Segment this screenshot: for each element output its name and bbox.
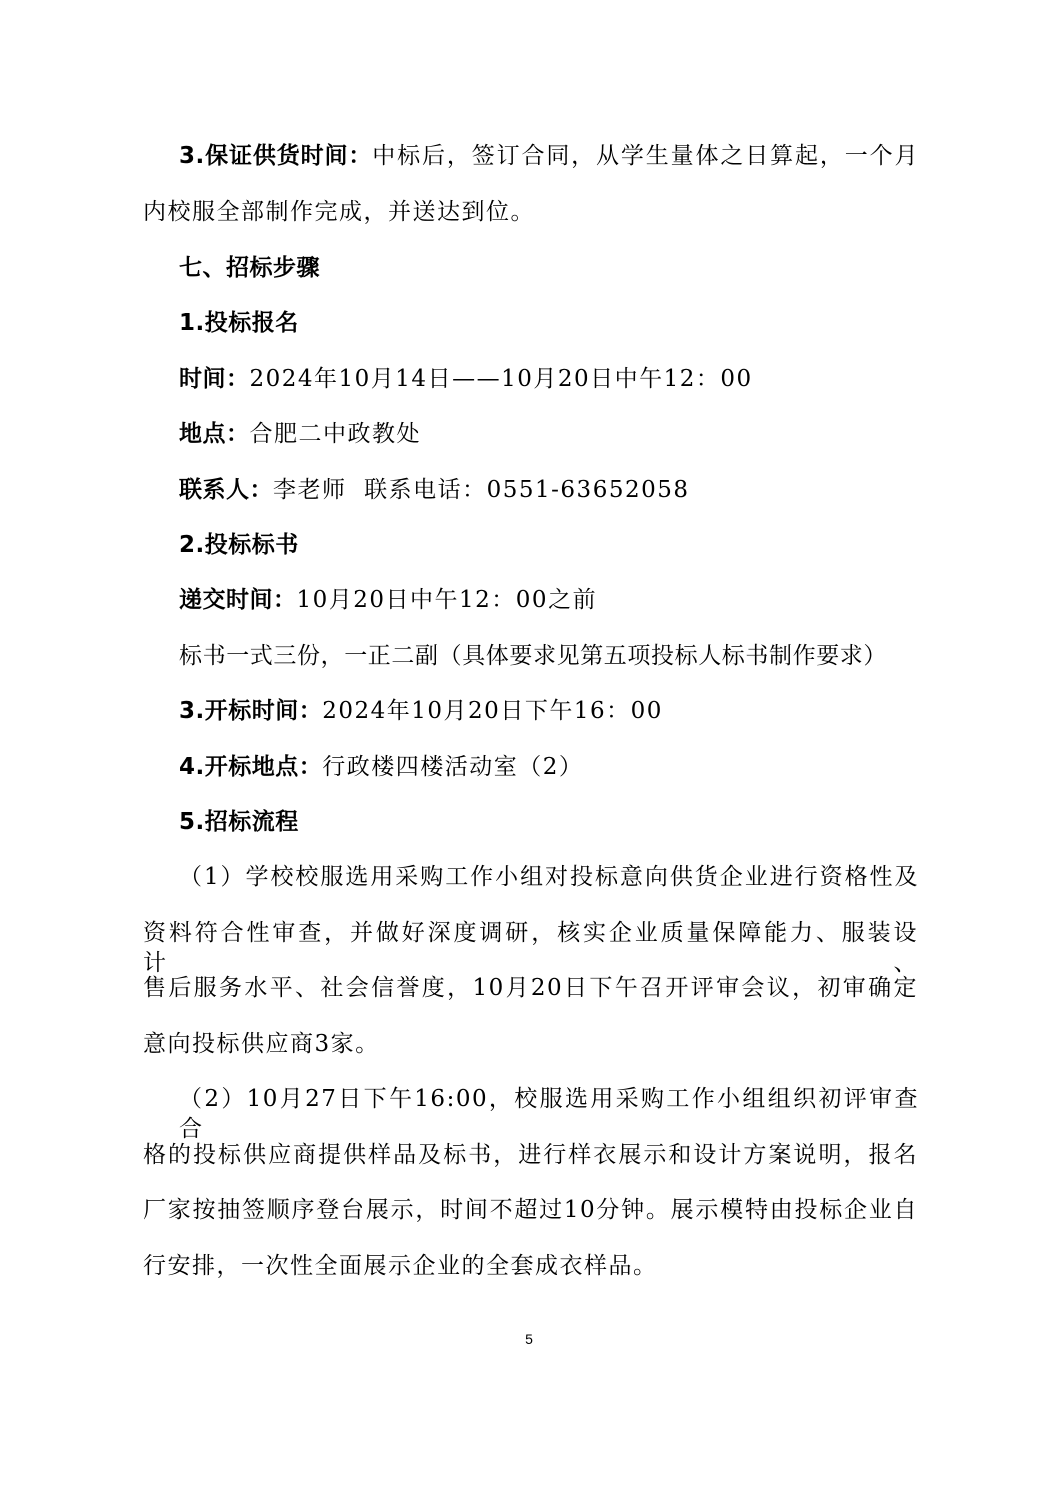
bid-opening-time-value: 2024年10月20日下午16：00 [322,698,663,724]
registration-time-label: 时间： [179,366,250,392]
process-p2-line-1: （2）10月27日下午16:00，校服选用采购工作小组组织初评审查合 [179,1084,919,1144]
copies-requirement: 标书一式三份，一正二副（具体要求见第五项投标人标书制作要求） [179,641,919,671]
supply-time-line-1: 3.保证供货时间：中标后，签订合同，从学生量体之日算起，一个月 [179,141,919,171]
submission-time-label: 递交时间： [179,587,297,613]
supply-time-text-1: 中标后，签订合同，从学生量体之日算起，一个月 [372,143,919,169]
contact-value: 李老师 联系电话：0551-63652058 [273,477,690,503]
page-number: 5 [0,1331,1058,1347]
submission-time-value: 10月20日中午12：00之前 [297,587,598,613]
contact-label: 联系人： [179,477,273,503]
step-5-heading: 5.招标流程 [179,807,919,837]
bid-opening-place-value: 行政楼四楼活动室（2） [322,754,583,780]
supply-time-label: 3.保证供货时间： [179,143,372,169]
registration-time-value: 2024年10月14日——10月20日中午12：00 [250,366,753,392]
process-p1-line-2: 资料符合性审查，并做好深度调研，核实企业质量保障能力、服装设计、 [143,918,918,978]
registration-place-value: 合肥二中政教处 [250,421,422,447]
process-p2-line-3: 厂家按抽签顺序登台展示，时间不超过10分钟。展示模特由投标企业自 [143,1195,918,1225]
bid-opening-place: 4.开标地点：行政楼四楼活动室（2） [179,752,919,782]
bid-opening-time-label: 3.开标时间： [179,698,322,724]
process-p2-line-4: 行安排，一次性全面展示企业的全套成衣样品。 [143,1251,918,1281]
registration-place-label: 地点： [179,421,250,447]
document-page: 3.保证供货时间：中标后，签订合同，从学生量体之日算起，一个月 内校服全部制作完… [0,0,1058,1496]
step-2-heading: 2.投标标书 [179,530,919,560]
process-p2-line-2: 格的投标供应商提供样品及标书，进行样衣展示和设计方案说明，报名 [143,1140,918,1170]
process-p1-line-3: 售后服务水平、社会信誉度，10月20日下午召开评审会议，初审确定 [143,973,918,1003]
step-1-heading: 1.投标报名 [179,308,919,338]
bid-opening-place-label: 4.开标地点： [179,754,322,780]
bid-opening-time: 3.开标时间：2024年10月20日下午16：00 [179,696,919,726]
supply-time-line-2: 内校服全部制作完成，并送达到位。 [143,197,918,227]
section-7-heading: 七、招标步骤 [179,253,919,283]
registration-place: 地点：合肥二中政教处 [179,419,919,449]
submission-time: 递交时间：10月20日中午12：00之前 [179,585,919,615]
contact-info: 联系人：李老师 联系电话：0551-63652058 [179,475,919,505]
process-p1-line-1: （1）学校校服选用采购工作小组对投标意向供货企业进行资格性及 [179,862,919,892]
registration-time: 时间：2024年10月14日——10月20日中午12：00 [179,364,919,394]
process-p1-line-4: 意向投标供应商3家。 [143,1029,918,1059]
